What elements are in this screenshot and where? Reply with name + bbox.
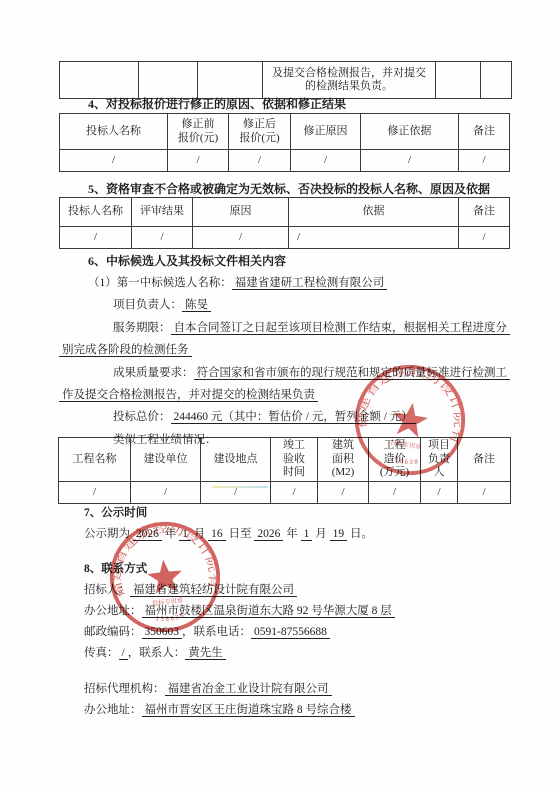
column-header: 修正前 报价(元) <box>168 114 229 150</box>
table-cell: / <box>132 227 193 249</box>
project-manager-line: 项目负责人：陈旻 <box>59 294 511 316</box>
table-cell: / <box>289 227 459 249</box>
agency-label: 招标代理机构： <box>84 683 165 695</box>
period-day1: 16 <box>208 528 226 541</box>
contact-label: ，联系人： <box>128 647 186 659</box>
service-value-cont: 别完成各阶段的检测任务 <box>59 344 192 357</box>
column-header: 竣工 验收 时间 <box>271 438 318 482</box>
column-header: 建筑 面积 (M2) <box>318 438 369 482</box>
table-cell: / <box>193 227 289 249</box>
sections-7-8: 7、公示时间 公示期为 2026 年 1 月 16 日至 2026 年 1 月 … <box>84 503 529 721</box>
table-cell: / <box>421 482 458 504</box>
column-header: 修正依据 <box>361 114 459 150</box>
period-year2: 2026 <box>254 528 283 541</box>
section6-heading: 6、中标候选人及其投标文件相关内容 <box>88 252 286 269</box>
period-day2: 19 <box>330 528 348 541</box>
column-header: 修正后 报价(元) <box>229 114 291 150</box>
fax-label: 传真： <box>84 647 119 659</box>
section6-body: （1）第一中标候选人名称：福建省建研工程检测有限公司 项目负责人：陈旻 服务期限… <box>59 272 511 451</box>
column-header: 备注 <box>459 114 510 150</box>
price-label: 投标总价： <box>113 411 171 423</box>
candidate-label: （1）第一中标候选人名称： <box>88 277 232 289</box>
period-month2: 1 <box>301 528 313 541</box>
pm-label: 项目负责人： <box>113 299 182 311</box>
agency-address-line: 办公地址：福州市晋安区王庄街道珠宝路 8 号综合楼 <box>84 700 529 721</box>
quality-line1: 成果质量要求：符合国家和省市颁布的现行规范和规定的质量标准进行检测工 <box>59 362 511 384</box>
service-label: 服务期限： <box>113 322 171 334</box>
column-header: 项目 负责 人 <box>421 438 458 482</box>
rejected-bidders-table: 投标人名称 评审结果 原因 依据 备注 / / / / / <box>59 197 510 249</box>
service-term-line1: 服务期限：自本合同签订之日起至该项目检测工作结束，根据相关工程进度分 <box>59 317 511 339</box>
fax-value: / <box>119 647 128 660</box>
table-cell: / <box>271 482 318 504</box>
column-header: 评审结果 <box>132 198 193 227</box>
column-header: 投标人名称 <box>60 114 168 150</box>
column-header: 投标人名称 <box>60 198 132 227</box>
address2-value: 福州市晋安区王庄街道珠宝路 8 号综合楼 <box>142 704 355 717</box>
year-unit: 年 <box>286 528 298 540</box>
column-header: 建设地点 <box>201 438 271 482</box>
address1-label: 办公地址： <box>84 605 142 617</box>
table-cell: 及提交合格检测报告，并对提交 的检测结果负责。 <box>263 62 436 99</box>
candidate-line: （1）第一中标候选人名称：福建省建研工程检测有限公司 <box>59 272 511 294</box>
agency-value: 福建省冶金工业设计院有限公司 <box>165 683 332 696</box>
period-end: 日。 <box>350 528 373 540</box>
candidate-value: 福建省建研工程检测有限公司 <box>232 277 388 290</box>
phone-value: 0591-87556688 <box>251 626 330 639</box>
service-value: 自本合同签订之日起至该项目检测工作结束，根据相关工程进度分 <box>171 322 511 335</box>
section7-heading: 7、公示时间 <box>84 503 529 524</box>
column-header: 工程名称 <box>59 438 131 482</box>
total-price-line: 投标总价：244460 元（其中：暂估价 / 元，暂列金额 / 元） <box>59 406 511 428</box>
bidder-label: 招标人： <box>84 584 130 596</box>
year-unit: 年 <box>165 528 177 540</box>
continued-table: 及提交合格检测报告，并对提交 的检测结果负责。 <box>59 61 512 99</box>
address2-label: 办公地址： <box>84 704 142 716</box>
column-header: 工程 造价 (万元) <box>369 438 421 482</box>
table-cell: / <box>229 150 291 172</box>
table-cell <box>481 62 512 99</box>
similar-projects-table: 工程名称 建设单位 建设地点 竣工 验收 时间 建筑 面积 (M2) 工程 造价… <box>58 437 511 504</box>
section4-heading: 4、对投标报价进行修正的原因、依据和修正结果 <box>88 95 346 112</box>
quality-value-cont: 作及提交合格检测报告，并对提交的检测结果负责 <box>59 389 318 402</box>
bidder-address-line: 办公地址：福州市鼓楼区温泉街道东大路 92 号华源大厦 8 层 <box>84 601 529 622</box>
agency-line: 招标代理机构：福建省冶金工业设计院有限公司 <box>84 679 529 700</box>
postcode-phone-line: 邮政编码：350603，联系电话：0591-87556688 <box>84 622 529 643</box>
table-cell: / <box>201 482 271 504</box>
column-header: 备注 <box>459 198 510 227</box>
contact-value: 黄先生 <box>185 647 226 660</box>
column-header: 原因 <box>193 198 289 227</box>
section5-heading: 5、资格审查不合格或被确定为无效标、否决投标的投标人名称、原因及依据 <box>88 180 490 197</box>
table-cell <box>60 62 139 99</box>
table-cell: / <box>291 150 361 172</box>
period-year1: 2026 <box>133 528 162 541</box>
postcode-value: 350603 <box>142 626 183 639</box>
scan-artifact <box>212 486 268 488</box>
table-cell: / <box>361 150 459 172</box>
period-prefix: 公示期为 <box>84 528 130 540</box>
table-cell <box>198 62 263 99</box>
price-correction-table: 投标人名称 修正前 报价(元) 修正后 报价(元) 修正原因 修正依据 备注 /… <box>59 113 510 172</box>
column-header: 依据 <box>289 198 459 227</box>
month-unit: 月 <box>315 528 327 540</box>
table-cell: / <box>318 482 369 504</box>
postcode-label: 邮政编码： <box>84 626 142 638</box>
table-cell <box>436 62 481 99</box>
table-cell <box>139 62 198 99</box>
publicity-period-line: 公示期为 2026 年 1 月 16 日至 2026 年 1 月 19 日。 <box>84 524 529 545</box>
bidder-line: 招标人：福建省建筑轻纺设计院有限公司 <box>84 580 529 601</box>
address1-value: 福州市鼓楼区温泉街道东大路 92 号华源大厦 8 层 <box>142 605 395 618</box>
fax-contact-line: 传真：/，联系人：黄先生 <box>84 643 529 664</box>
document-page: 及提交合格检测报告，并对提交 的检测结果负责。 4、对投标报价进行修正的原因、依… <box>0 0 554 791</box>
column-header: 建设单位 <box>131 438 201 482</box>
price-value: 244460 元（其中：暂估价 / 元，暂列金额 / 元） <box>171 411 416 424</box>
pm-value: 陈旻 <box>182 299 211 312</box>
table-cell: / <box>60 150 168 172</box>
table-cell: / <box>458 482 511 504</box>
section8-heading: 8、联系方式 <box>84 559 529 580</box>
service-term-line2: 别完成各阶段的检测任务 <box>59 339 511 361</box>
table-cell: / <box>459 150 510 172</box>
bidder-value: 福建省建筑轻纺设计院有限公司 <box>130 584 297 597</box>
table-cell: / <box>168 150 229 172</box>
quality-label: 成果质量要求： <box>113 367 194 379</box>
column-header: 修正原因 <box>291 114 361 150</box>
table-cell: / <box>369 482 421 504</box>
table-cell: / <box>60 227 132 249</box>
column-header: 备注 <box>458 438 511 482</box>
table-cell: / <box>459 227 510 249</box>
table-cell: / <box>131 482 201 504</box>
period-to: 日至 <box>229 528 252 540</box>
phone-label: ，联系电话： <box>182 626 251 638</box>
period-month1: 1 <box>179 528 191 541</box>
quality-value: 符合国家和省市颁布的现行规范和规定的质量标准进行检测工 <box>194 367 511 380</box>
month-unit: 月 <box>194 528 206 540</box>
table-cell: / <box>59 482 131 504</box>
quality-line2: 作及提交合格检测报告，并对提交的检测结果负责 <box>59 384 511 406</box>
